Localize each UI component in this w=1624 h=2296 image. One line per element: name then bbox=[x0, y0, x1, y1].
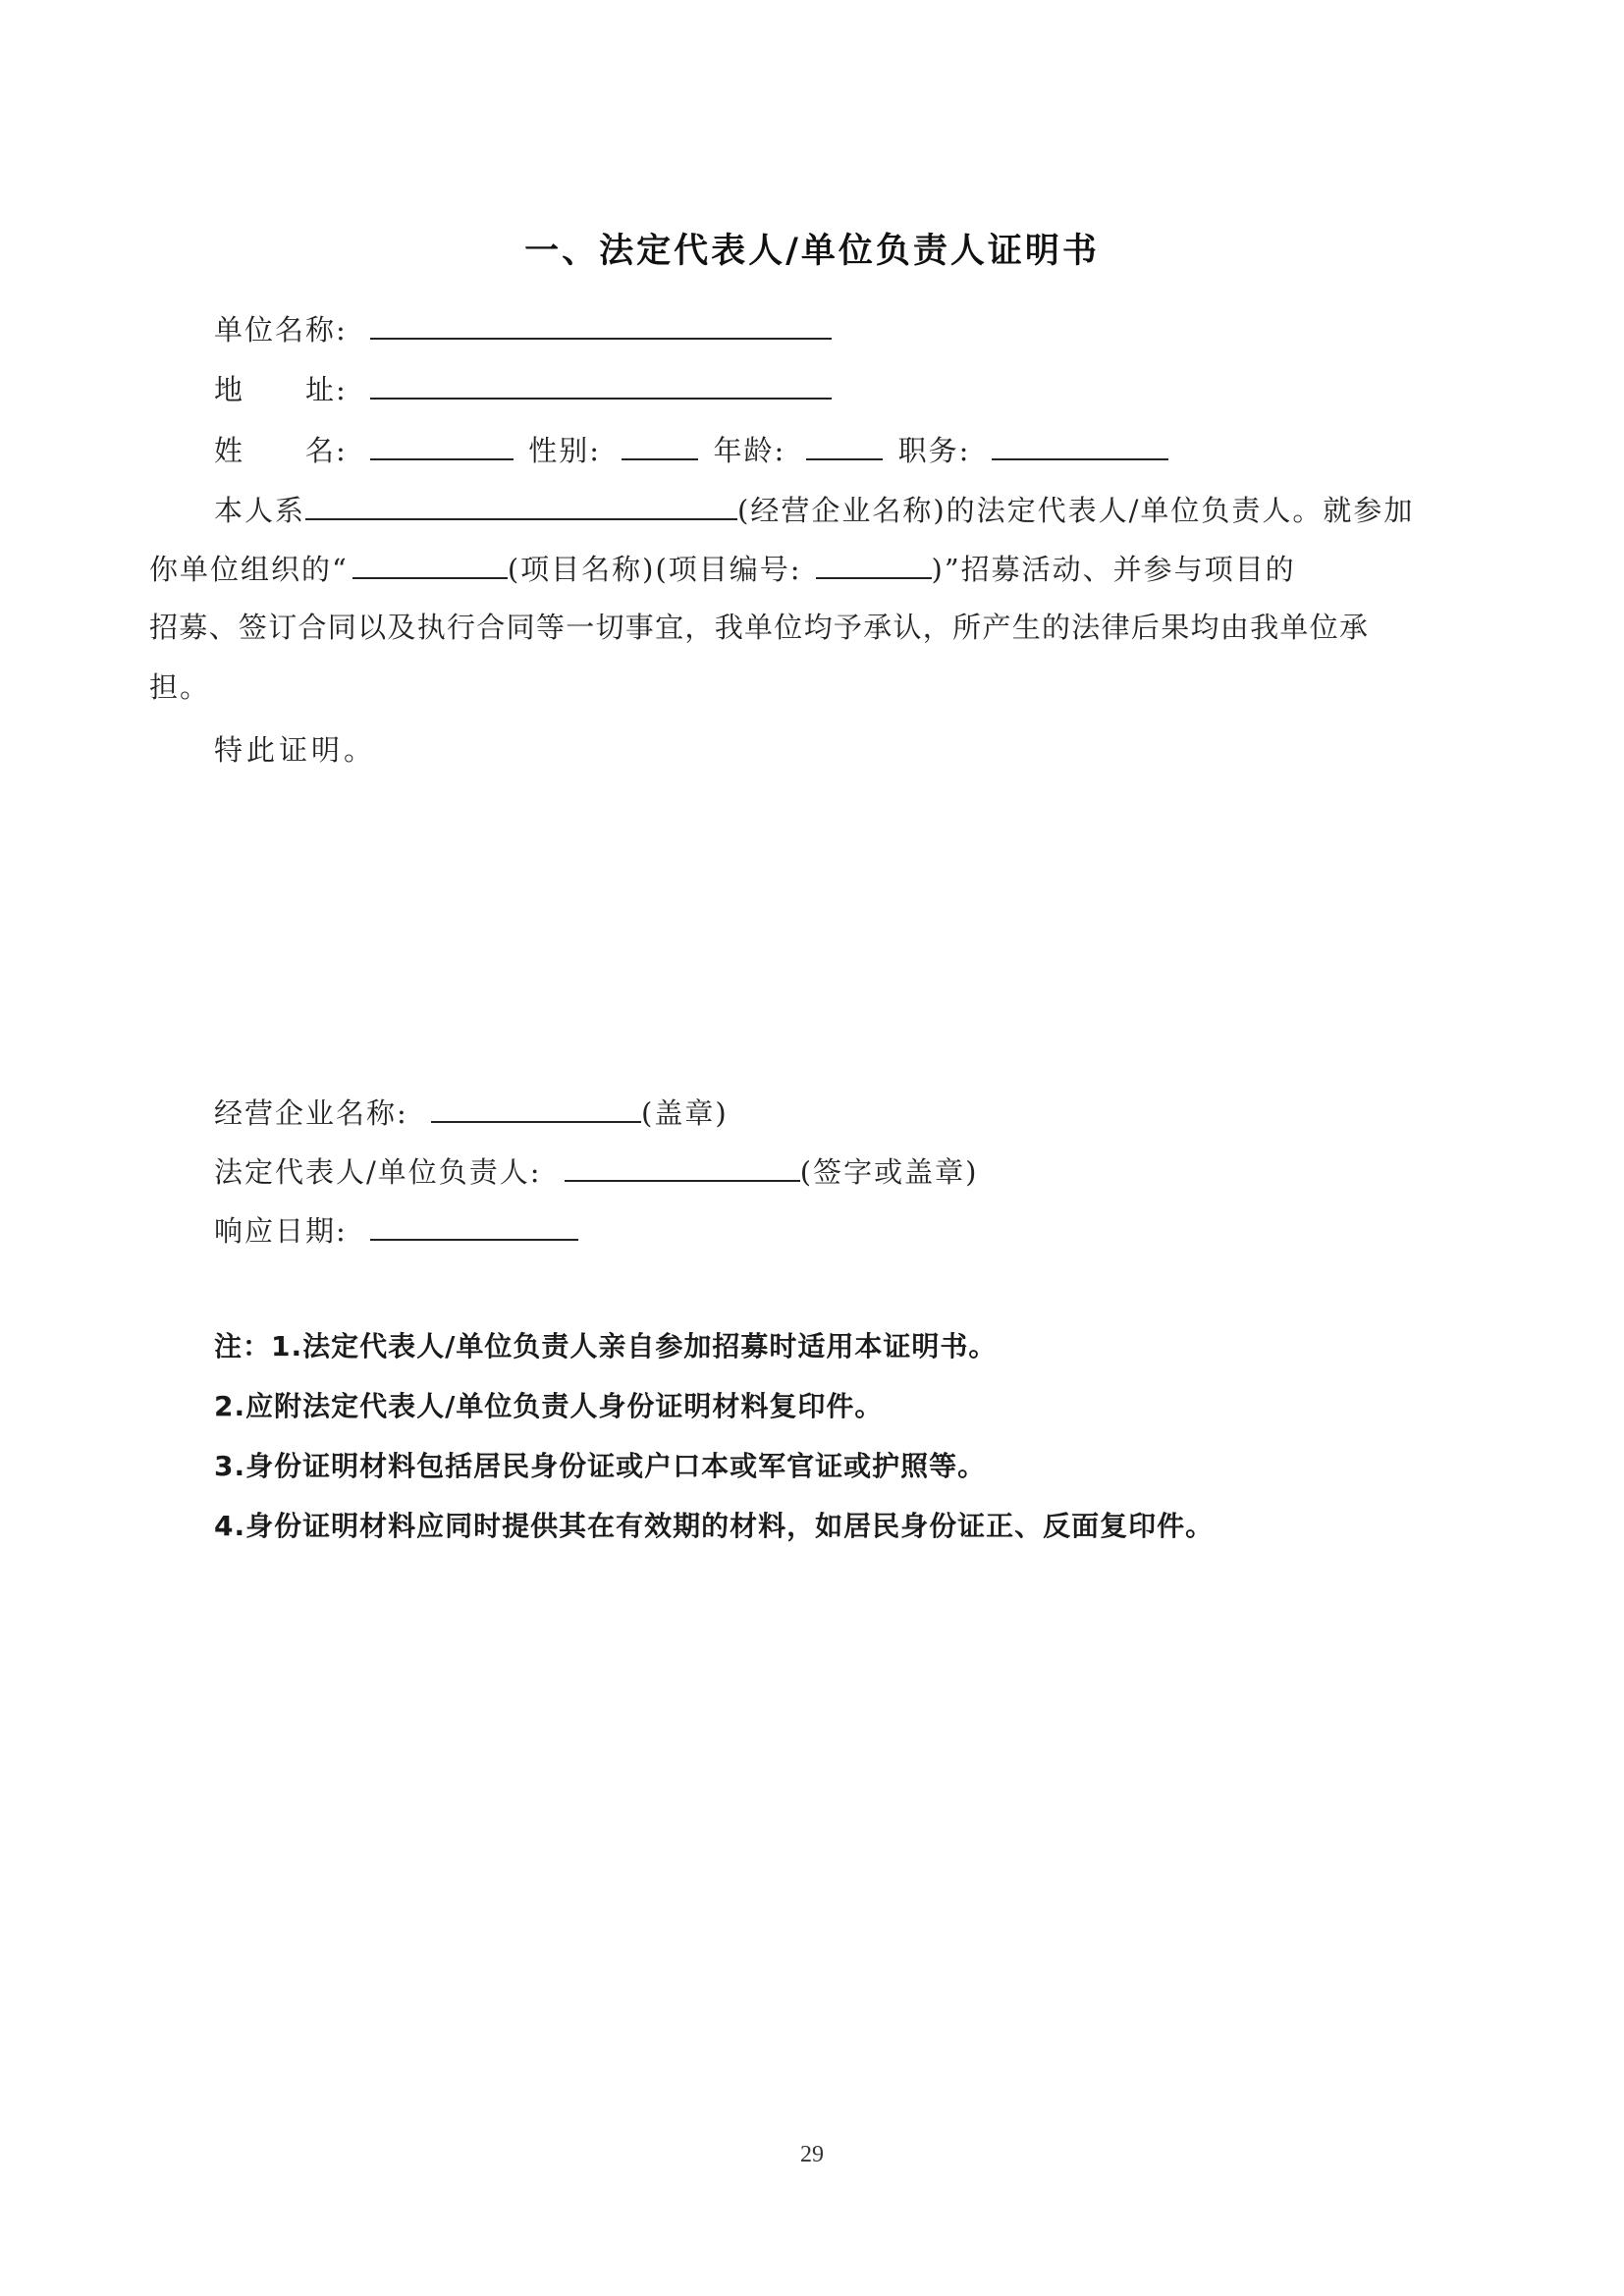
signature-company-label: 经营企业名称: bbox=[214, 1096, 408, 1130]
closing-statement: 特此证明。 bbox=[214, 730, 376, 770]
body-line2-prefix: 你单位组织的“ bbox=[149, 553, 349, 586]
signature-rep-label: 法定代表人/单位负责人: bbox=[214, 1155, 542, 1189]
response-date-row: 响应日期: bbox=[214, 1209, 578, 1251]
note-2: 2.应附法定代表人/单位负责人身份证明材料复印件。 bbox=[214, 1387, 883, 1426]
company-name-blank[interactable] bbox=[305, 489, 737, 520]
address-label: 地 址: bbox=[214, 373, 348, 406]
body-line-2: 你单位组织的“(项目名称)(项目编号:)”招募活动、并参与项目的 bbox=[149, 548, 1296, 589]
name-label: 姓 名: bbox=[214, 434, 348, 467]
body-line-1: 本人系(经营企业名称)的法定代表人/单位负责人。就参加 bbox=[214, 489, 1414, 530]
age-blank[interactable] bbox=[806, 429, 883, 460]
body-line-4: 担。 bbox=[149, 667, 210, 707]
signature-rep-blank[interactable] bbox=[565, 1150, 800, 1182]
project-number-blank[interactable] bbox=[816, 548, 932, 579]
address-row: 地 址: bbox=[214, 368, 836, 409]
note-4: 4.身份证明材料应同时提供其在有效期的材料，如居民身份证正、反面复印件。 bbox=[214, 1507, 1214, 1546]
signature-rep-row: 法定代表人/单位负责人: (签字或盖章) bbox=[214, 1150, 978, 1192]
gender-label: 性别: bbox=[528, 434, 601, 467]
gender-blank[interactable] bbox=[622, 429, 698, 460]
document-page: 一、法定代表人/单位负责人证明书 单位名称: 地 址: 姓 名: 性别: 年龄:… bbox=[0, 0, 1624, 2296]
signature-rep-suffix: (签字或盖章) bbox=[800, 1155, 979, 1189]
note-3: 3.身份证明材料包括居民身份证或户口本或军官证或护照等。 bbox=[214, 1447, 986, 1486]
age-label: 年龄: bbox=[713, 434, 785, 467]
position-label: 职务: bbox=[898, 434, 971, 467]
body-line2-suffix: )”招募活动、并参与项目的 bbox=[932, 553, 1296, 586]
person-row: 姓 名: 性别: 年龄: 职务: bbox=[214, 429, 1172, 470]
signature-company-row: 经营企业名称: (盖章) bbox=[214, 1092, 729, 1133]
unit-name-blank[interactable] bbox=[370, 308, 832, 340]
document-title: 一、法定代表人/单位负责人证明书 bbox=[0, 224, 1624, 273]
response-date-blank[interactable] bbox=[370, 1209, 578, 1241]
signature-company-suffix: (盖章) bbox=[641, 1096, 729, 1130]
position-blank[interactable] bbox=[992, 429, 1168, 460]
body-line2-mid: (项目名称)(项目编号: bbox=[508, 553, 802, 586]
project-name-blank[interactable] bbox=[352, 548, 508, 579]
response-date-label: 响应日期: bbox=[214, 1214, 348, 1248]
body-line-3: 招募、签订合同以及执行合同等一切事宜，我单位均予承认，所产生的法律后果均由我单位… bbox=[149, 608, 1369, 647]
address-blank[interactable] bbox=[370, 368, 832, 400]
page-number: 29 bbox=[0, 2142, 1624, 2168]
note-1: 注：1.法定代表人/单位负责人亲自参加招募时适用本证明书。 bbox=[214, 1327, 997, 1366]
signature-company-blank[interactable] bbox=[431, 1092, 641, 1123]
name-blank[interactable] bbox=[370, 429, 514, 460]
unit-name-label: 单位名称: bbox=[214, 313, 348, 347]
unit-name-row: 单位名称: bbox=[214, 308, 836, 349]
body-line1-suffix: (经营企业名称)的法定代表人/单位负责人。就参加 bbox=[737, 494, 1414, 527]
body-line1-prefix: 本人系 bbox=[214, 494, 305, 527]
